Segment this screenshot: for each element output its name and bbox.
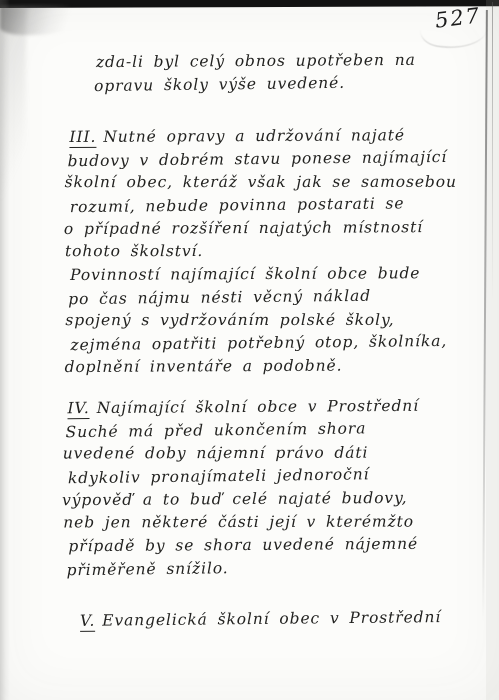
handwritten-line: tohoto školství. xyxy=(65,240,457,263)
handwritten-line: přiměřeně snížilo. xyxy=(66,555,420,583)
handwritten-line: zejména opatřiti potřebný otop, školníka… xyxy=(70,330,457,357)
handwritten-line: školní obec, kteráž však jak se samosebo… xyxy=(65,171,457,194)
handwritten-line: po čas nájmu nésti věcný náklad xyxy=(68,284,457,311)
section-v-paragraph: V.Evangelická školní obec v Prostřední xyxy=(74,606,441,633)
section-numeral: IV. xyxy=(67,399,89,419)
intro-paragraph: zda-li byl celý obnos upotřeben na oprav… xyxy=(90,49,416,97)
section-numeral: III. xyxy=(69,128,96,148)
handwritten-line: Suché má před ukončením shora xyxy=(65,417,419,445)
handwritten-line: kdykoliv pronajímateli jednoroční xyxy=(68,463,420,491)
handwritten-line: spojený s vydržováním polské školy, xyxy=(65,309,457,332)
handwritten-line: o případné rozšíření najatých místností xyxy=(64,216,457,241)
handwritten-line: zda-li byl celý obnos upotřeben na xyxy=(96,49,416,74)
handwritten-line: uvedené doby nájemní právo dáti xyxy=(63,442,420,466)
scanned-document-page: 527 zda-li byl celý obnos upotřeben na o… xyxy=(0,0,499,700)
handwritten-line: výpověď a to buď celé najaté budovy, xyxy=(62,487,420,512)
handwritten-line: rozumí, nebude povinna postarati se xyxy=(70,192,457,219)
handwritten-line: Povinností najímající školní obce bude xyxy=(70,262,457,287)
section-iv-paragraph: IV.Najímající školní obce v Prostřední S… xyxy=(61,395,420,581)
scan-left-edge-fade xyxy=(0,8,26,238)
handwritten-text: Nutné opravy a udržování najaté xyxy=(103,126,405,146)
handwritten-line: budovy v dobrém stavu ponese najímající xyxy=(67,146,456,173)
section-numeral: V. xyxy=(80,612,95,632)
section-iii-paragraph: III.Nutné opravy a udržování najaté budo… xyxy=(63,124,458,379)
handwritten-line: doplnění inventáře a podobně. xyxy=(65,354,458,379)
handwritten-line: neb jen některé části její v kterémžto xyxy=(63,511,420,535)
scan-page-edge-line-2 xyxy=(492,2,493,302)
handwritten-line: opravu školy výše uvedené. xyxy=(94,71,416,98)
handwritten-text: Evangelická školní obec v Prostřední xyxy=(102,608,441,630)
handwritten-line: III.Nutné opravy a udržování najaté xyxy=(69,124,456,149)
handwritten-line: V.Evangelická školní obec v Prostřední xyxy=(80,606,441,633)
handwritten-text: Najímající školní obce v Prostřední xyxy=(97,397,419,417)
